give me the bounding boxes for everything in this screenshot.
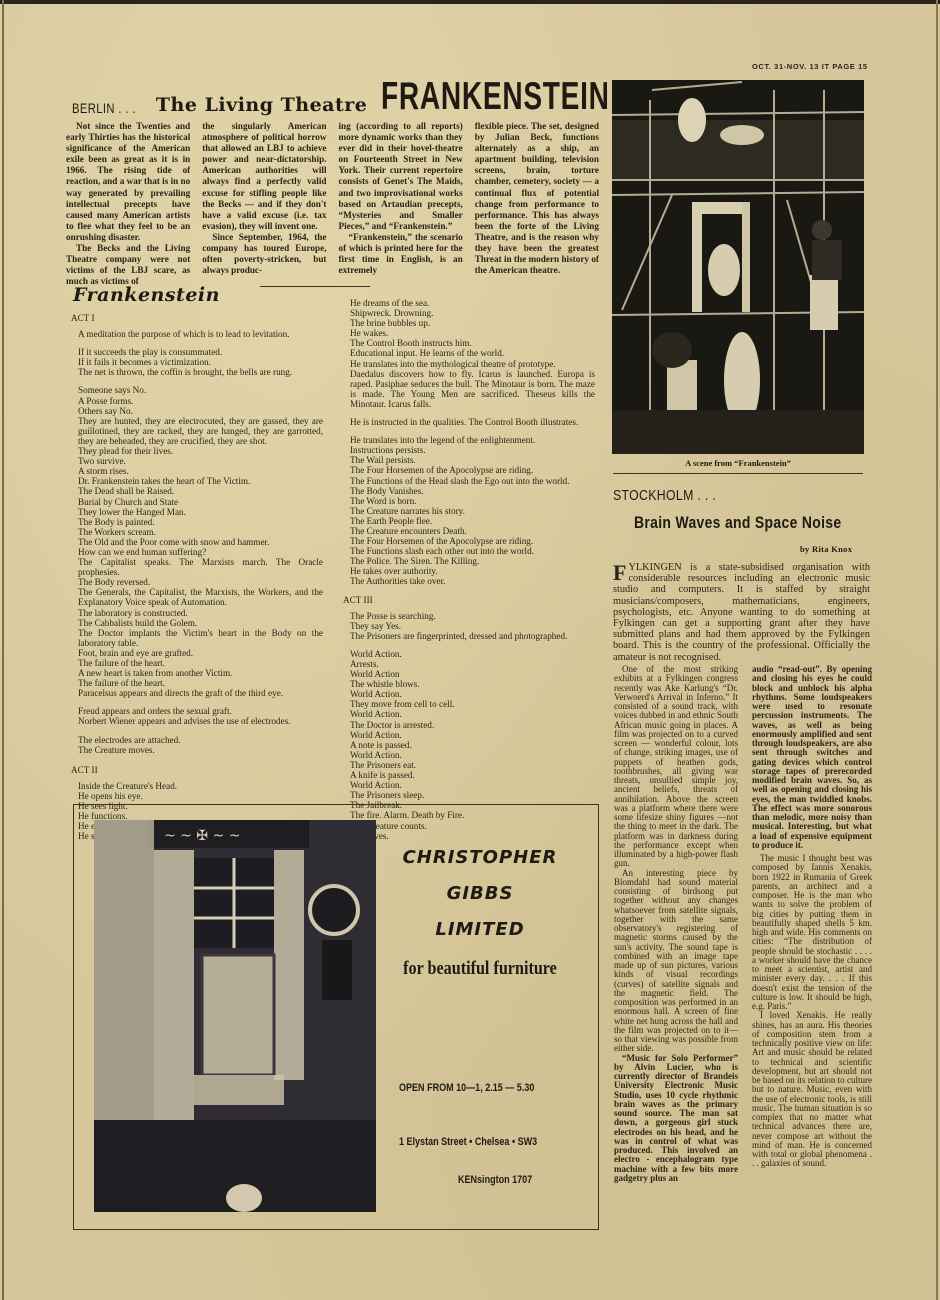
article-paragraph: An interesting piece by Blomdahl had sou… bbox=[614, 869, 738, 1054]
page-folio: OCT. 31-NOV. 13 IT PAGE 15 bbox=[752, 62, 868, 71]
page-left-edge bbox=[2, 0, 4, 1300]
intro-paragraph: Since September, 1964, the company has t… bbox=[202, 232, 326, 276]
script-line: World Action. bbox=[350, 709, 595, 719]
script-line: The Earth People flee. bbox=[350, 516, 595, 526]
script-line: The Wail persists. bbox=[350, 455, 595, 465]
script-line: The Doctor implants the Victim's heart i… bbox=[78, 628, 323, 648]
act1-lines: A meditation the purpose of which is to … bbox=[78, 329, 323, 755]
advertiser-name-line: CHRISTOPHER bbox=[360, 840, 600, 876]
script-line: They plead for their lives. bbox=[78, 446, 323, 456]
article-headline: BERLIN . . . The Living Theatre FRANKENS… bbox=[72, 76, 582, 116]
intro-columns: Not since the Twenties and early Thirtie… bbox=[66, 121, 599, 287]
script-line: Norbert Wiener appears and advises the u… bbox=[78, 716, 323, 726]
script-line: If it succeeds the play is consummated. bbox=[78, 347, 323, 357]
script-line: The Prisoners sleep. bbox=[350, 790, 595, 800]
article-paragraph: One of the most striking exhibits at a F… bbox=[614, 665, 738, 869]
script-line: Freud appears and orders the sexual graf… bbox=[78, 706, 323, 716]
advertiser-tagline: for beautiful furniture bbox=[378, 958, 582, 980]
script-line: Dr. Frankenstein takes the heart of The … bbox=[78, 476, 323, 486]
script-line: The Workers scream. bbox=[78, 527, 323, 537]
intro-paragraph: ing (according to all reports) more dyna… bbox=[339, 121, 463, 232]
script-line: He opens his eye. bbox=[78, 791, 323, 801]
script-line: The Functions of the Head slash the Ego … bbox=[350, 476, 595, 486]
furniture-interior-photo: ~ ~ ✠ ~ ~ bbox=[94, 820, 376, 1212]
interior-room-image: ~ ~ ✠ ~ ~ bbox=[94, 820, 376, 1212]
script-line: Educational input. He learns of the worl… bbox=[350, 348, 595, 358]
shop-address: 1 Elystan Street • Chelsea • SW3 bbox=[399, 1136, 537, 1148]
advertiser-name-line: GIBBS bbox=[360, 876, 600, 912]
script-line: The failure of the heart. bbox=[78, 658, 323, 668]
script-line: The Doctor is arrested. bbox=[350, 720, 595, 730]
stanza-gap bbox=[78, 727, 323, 735]
section-kicker: STOCKHOLM . . . bbox=[613, 487, 716, 504]
script-line: The Body is painted. bbox=[78, 517, 323, 527]
intro-paragraph: The Becks and the Living Theatre company… bbox=[66, 243, 190, 287]
phone-number: KENsington 1707 bbox=[458, 1174, 532, 1186]
script-title: Frankenstein bbox=[73, 284, 220, 306]
script-line: How can we end human suffering? bbox=[78, 547, 323, 557]
opening-hours: OPEN FROM 10—1, 2.15 — 5.30 bbox=[399, 1082, 534, 1094]
script-line: If it fails it becomes a victimization. bbox=[78, 357, 323, 367]
script-line: The Posse is searching. bbox=[350, 611, 595, 621]
script-line: The Word is born. bbox=[350, 496, 595, 506]
divider bbox=[613, 473, 863, 474]
headline-kicker: BERLIN . . . bbox=[72, 100, 136, 116]
script-line: Arrests. bbox=[350, 659, 595, 669]
script-line: Instructions persists. bbox=[350, 445, 595, 455]
headline-title: The Living Theatre bbox=[156, 94, 367, 116]
script-line: The Body reversed. bbox=[78, 577, 323, 587]
script-line: The laboratory is constructed. bbox=[78, 608, 323, 618]
script-line: The Creature narrates his story. bbox=[350, 506, 595, 516]
script-column-2: He dreams of the sea.Shipwreck. Drowning… bbox=[350, 298, 595, 841]
stanza-gap bbox=[350, 409, 595, 417]
script-line: The Four Horsemen of the Apocolypse are … bbox=[350, 536, 595, 546]
script-line: Foot, brain and eye are grafted. bbox=[78, 648, 323, 658]
advertiser-name-line: LIMITED bbox=[360, 912, 600, 948]
intro-col-3: ing (according to all reports) more dyna… bbox=[339, 121, 463, 287]
intro-paragraph: “Frankenstein,” the scenario of which is… bbox=[339, 232, 463, 276]
script-line: He translates into the legend of the enl… bbox=[350, 435, 595, 445]
article-byline: by Rita Knox bbox=[800, 544, 852, 554]
intro-col-4: flexible piece. The set, designed by Jul… bbox=[475, 121, 599, 287]
script-line: Shipwreck. Drowning. bbox=[350, 308, 595, 318]
scaffold-stage-image bbox=[612, 80, 864, 454]
article-title: Brain Waves and Space Noise bbox=[634, 513, 841, 533]
script-line: He dreams of the sea. bbox=[350, 298, 595, 308]
article-column-left: One of the most striking exhibits at a F… bbox=[614, 665, 738, 1183]
photo-caption: A scene from “Frankenstein” bbox=[612, 458, 864, 468]
script-line: They lower the Hanged Man. bbox=[78, 507, 323, 517]
intro-col-2: the singularly American atmosphere of po… bbox=[202, 121, 326, 287]
script-column-1: ACT I A meditation the purpose of which … bbox=[78, 308, 323, 841]
script-line: They say Yes. bbox=[350, 621, 595, 631]
script-line: A Posse forms. bbox=[78, 396, 323, 406]
intro-paragraph: flexible piece. The set, designed by Jul… bbox=[475, 121, 599, 276]
divider bbox=[260, 286, 370, 287]
script-line: The Old and the Poor come with snow and … bbox=[78, 537, 323, 547]
script-line: A storm rises. bbox=[78, 466, 323, 476]
script-line: World Action. bbox=[350, 730, 595, 740]
script-line: The Creature moves. bbox=[78, 745, 323, 755]
article-lead: FYLKINGEN is a state-subsidised organisa… bbox=[613, 562, 870, 663]
drop-cap: F bbox=[613, 564, 626, 582]
script-line: The Authorities take over. bbox=[350, 576, 595, 586]
script-line: A note is passed. bbox=[350, 740, 595, 750]
svg-text:~ ~ ✠ ~ ~: ~ ~ ✠ ~ ~ bbox=[164, 828, 240, 844]
script-line: The Generals, the Capitalist, the Marxis… bbox=[78, 587, 323, 607]
act2-lines-continued: He dreams of the sea.Shipwreck. Drowning… bbox=[350, 298, 595, 587]
script-line: World Action. bbox=[350, 689, 595, 699]
script-line: World Action. bbox=[350, 750, 595, 760]
script-line: Someone says No. bbox=[78, 385, 323, 395]
script-line: A knife is passed. bbox=[350, 770, 595, 780]
stanza-gap bbox=[78, 339, 323, 347]
lead-text: YLKINGEN is a state-subsidised organisat… bbox=[613, 562, 870, 663]
script-line: The Control Booth instructs him. bbox=[350, 338, 595, 348]
script-line: The Capitalist speaks. The Marxists marc… bbox=[78, 557, 323, 577]
stanza-gap bbox=[350, 427, 595, 435]
intro-paragraph: Not since the Twenties and early Thirtie… bbox=[66, 121, 190, 243]
script-line: World Action bbox=[350, 669, 595, 679]
script-line: He translates into the mythological thea… bbox=[350, 359, 595, 369]
script-line: A new heart is taken from another Victim… bbox=[78, 668, 323, 678]
act-label: ACT II bbox=[71, 765, 323, 775]
act-label: ACT III bbox=[343, 595, 595, 605]
script-line: He wakes. bbox=[350, 328, 595, 338]
article-paragraph: “Music for Solo Performer” by Alvin Luci… bbox=[614, 1054, 738, 1184]
stanza-gap bbox=[78, 698, 323, 706]
script-line: The Police. The Siren. The Killing. bbox=[350, 556, 595, 566]
script-line: The Prisoners are fingerprinted, dressed… bbox=[350, 631, 595, 641]
stanza-gap bbox=[350, 641, 595, 649]
script-line: The Functions slash each other out into … bbox=[350, 546, 595, 556]
script-line: He is instructed in the qualities. The C… bbox=[350, 417, 595, 427]
script-line: They move from cell to cell. bbox=[350, 699, 595, 709]
script-line: Burial by Church and State bbox=[78, 497, 323, 507]
page-top-edge bbox=[0, 0, 940, 4]
script-line: Daedalus discovers how to fly. Icarus is… bbox=[350, 369, 595, 409]
page-right-edge bbox=[936, 0, 938, 1300]
script-line: The net is thrown, the coffin is brought… bbox=[78, 367, 323, 377]
article-column-right: audio “read-out”. By opening and closing… bbox=[752, 665, 872, 1169]
script-line: They are hunted, they are electrocuted, … bbox=[78, 416, 323, 446]
script-line: The Body Vanishes. bbox=[350, 486, 595, 496]
act-label: ACT I bbox=[71, 313, 323, 323]
script-line: The brine bubbles up. bbox=[350, 318, 595, 328]
script-line: Two survive. bbox=[78, 456, 323, 466]
script-line: The Prisoners eat. bbox=[350, 760, 595, 770]
script-line: The whistle blows. bbox=[350, 679, 595, 689]
script-line: The electrodes are attached. bbox=[78, 735, 323, 745]
script-line: The Creature encounters Death. bbox=[350, 526, 595, 536]
script-line: The failure of the heart. bbox=[78, 678, 323, 688]
article-paragraph: I loved Xenakis. He really shines, has a… bbox=[752, 1011, 872, 1168]
headline-main: FRANKENSTEIN bbox=[381, 78, 610, 116]
intro-col-1: Not since the Twenties and early Thirtie… bbox=[66, 121, 190, 287]
script-line: The Cabbalists build the Golem. bbox=[78, 618, 323, 628]
script-line: A meditation the purpose of which is to … bbox=[78, 329, 323, 339]
script-line: Others say No. bbox=[78, 406, 323, 416]
script-line: The Dead shall be Raised. bbox=[78, 486, 323, 496]
article-paragraph: The music I thought best was composed by… bbox=[752, 854, 872, 1011]
script-line: World Action. bbox=[350, 649, 595, 659]
frankenstein-scene-photo bbox=[612, 80, 864, 454]
script-line: The Four Horsemen of the Apocolypse are … bbox=[350, 465, 595, 475]
script-line: World Action. bbox=[350, 780, 595, 790]
script-line: Inside the Creature's Head. bbox=[78, 781, 323, 791]
intro-paragraph: the singularly American atmosphere of po… bbox=[202, 121, 326, 232]
script-line: Paracelsus appears and directs the graft… bbox=[78, 688, 323, 698]
stanza-gap bbox=[78, 377, 323, 385]
advertiser-name: CHRISTOPHER GIBBS LIMITED bbox=[360, 840, 600, 948]
article-paragraph: audio “read-out”. By opening and closing… bbox=[752, 665, 872, 850]
script-line: He takes over authority. bbox=[350, 566, 595, 576]
